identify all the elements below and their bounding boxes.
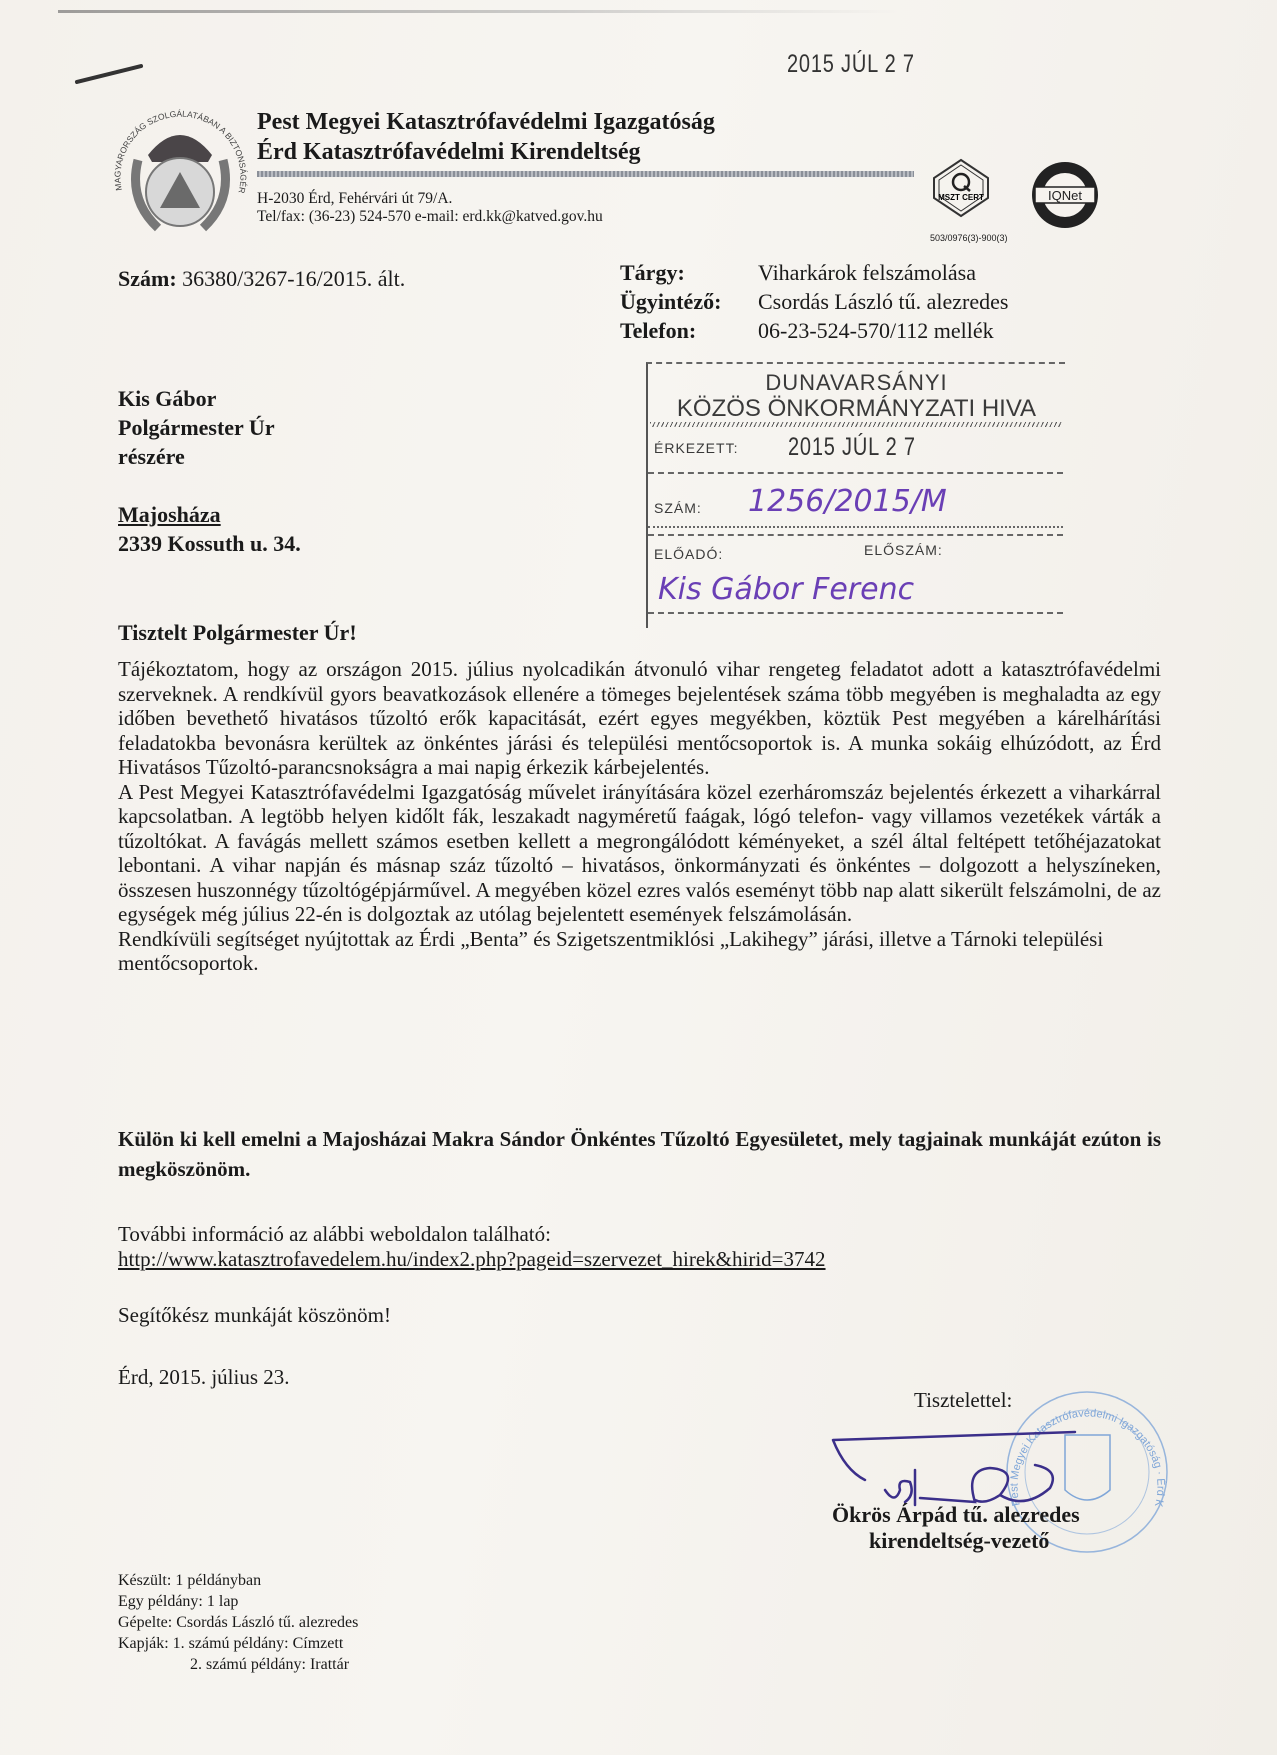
letter-meta: Tárgy: Viharkárok felszámolása Ügyintéző… bbox=[620, 258, 1008, 345]
more-info-text: További információ az alábbi weboldalon … bbox=[118, 1222, 826, 1247]
meta-phone: Telefon: 06-23-524-570/112 mellék bbox=[620, 316, 1008, 345]
number-label: SZÁM: bbox=[654, 500, 702, 516]
mszt-cert-badge-icon: MSZT CERT bbox=[930, 158, 992, 218]
stamp-divider bbox=[648, 612, 1063, 614]
registry-stamp-title2: KÖZÖS ÖNKORMÁNYZATI HIVA bbox=[648, 395, 1065, 423]
registry-stamp-hatch bbox=[650, 422, 1062, 427]
received-date-stamp: 2015 JÚL 2 7 bbox=[787, 50, 915, 79]
reference-label: Szám: bbox=[118, 266, 177, 291]
recipient-city: Majosháza bbox=[118, 500, 301, 529]
footer-copy: Egy példány: 1 lap bbox=[118, 1591, 358, 1612]
footer-receivers-1: Kapják: 1. számú példány: Címzett bbox=[118, 1633, 358, 1654]
recipient-block: Kis Gábor Polgármester Úr részére Majosh… bbox=[118, 384, 301, 558]
body-paragraph: A Pest Megyei Katasztrófavédelmi Igazgat… bbox=[118, 780, 1161, 927]
stamp-divider bbox=[648, 472, 1063, 474]
org-address: H-2030 Érd, Fehérvári út 79/A. bbox=[257, 190, 452, 208]
handwritten-number: 1256/2015/M bbox=[748, 484, 947, 519]
footer-typed: Gépelte: Csordás László tű. alezredes bbox=[118, 1612, 358, 1633]
recipient-name: Kis Gábor bbox=[118, 384, 301, 413]
staple-mark bbox=[75, 64, 144, 85]
meta-subject: Tárgy: Viharkárok felszámolása bbox=[620, 258, 1008, 287]
reference-number: Szám: 36380/3267-16/2015. ált. bbox=[118, 266, 405, 292]
svg-text:IQNet: IQNet bbox=[1048, 188, 1082, 203]
handwritten-presenter: Kis Gábor Ferenc bbox=[658, 572, 914, 607]
registry-stamp-title1: DUNAVARSÁNYI bbox=[648, 370, 1065, 396]
handwritten-signature-icon bbox=[825, 1410, 1085, 1510]
stamp-divider bbox=[648, 534, 1063, 536]
reference-value: 36380/3267-16/2015. ált. bbox=[182, 266, 405, 291]
more-info-link[interactable]: http://www.katasztrofavedelem.hu/index2.… bbox=[118, 1247, 826, 1271]
stamp-divider bbox=[648, 526, 1063, 528]
scanned-letter-page: 2015 JÚL 2 7 MAGYARORSZÁG SZOLGÁLATÁBAN … bbox=[0, 0, 1277, 1755]
org-name-line2: Érd Katasztrófavédelmi Kirendeltség bbox=[257, 139, 640, 166]
highlight-paragraph: Külön ki kell emelni a Majosházai Makra … bbox=[118, 1124, 1161, 1184]
footer-receivers-2: 2. számú példány: Irattár bbox=[118, 1654, 358, 1675]
thanks-line: Segítőkész munkáját köszönöm! bbox=[118, 1303, 391, 1328]
recipient-address: 2339 Kossuth u. 34. bbox=[118, 529, 301, 558]
letterhead-rule bbox=[257, 171, 914, 177]
iqnet-cert-badge-icon: IQNet bbox=[1030, 160, 1100, 230]
distribution-footer: Készült: 1 példányban Egy példány: 1 lap… bbox=[118, 1570, 358, 1675]
body-paragraph: Tájékoztatom, hogy az országon 2015. júl… bbox=[118, 657, 1161, 780]
cert-code: 503/0976(3)-900(3) bbox=[930, 233, 1008, 243]
body-paragraph: Rendkívüli segítséget nyújtottak az Érdi… bbox=[118, 927, 1161, 976]
org-contact: Tel/fax: (36-23) 524-570 e-mail: erd.kk@… bbox=[257, 208, 603, 226]
salutation: Tisztelt Polgármester Úr! bbox=[118, 620, 357, 646]
scan-edge-artifact bbox=[58, 10, 1258, 13]
signer-title: kirendeltség-vezető bbox=[869, 1528, 1049, 1554]
signer-name: Ökrös Árpád tű. alezredes bbox=[832, 1502, 1080, 1528]
more-info: További információ az alábbi weboldalon … bbox=[118, 1222, 826, 1272]
received-date: 2015 JÚL 2 7 bbox=[788, 433, 916, 462]
registry-stamp: DUNAVARSÁNYI KÖZÖS ÖNKORMÁNYZATI HIVA ÉR… bbox=[646, 362, 1065, 628]
prev-number-label: ELŐSZÁM: bbox=[864, 542, 943, 558]
meta-case-officer: Ügyintéző: Csordás László tű. alezredes bbox=[620, 287, 1008, 316]
presenter-label: ELŐADÓ: bbox=[654, 546, 723, 562]
letter-body: Tájékoztatom, hogy az országon 2015. júl… bbox=[118, 657, 1161, 976]
recipient-for: részére bbox=[118, 442, 301, 471]
svg-text:MSZT CERT: MSZT CERT bbox=[938, 193, 984, 202]
disaster-management-emblem-icon: MAGYARORSZÁG SZOLGÁLATÁBAN A BIZTONSÁGÉR… bbox=[108, 100, 253, 245]
recipient-title: Polgármester Úr bbox=[118, 413, 301, 442]
date-place: Érd, 2015. július 23. bbox=[118, 1365, 290, 1390]
received-label: ÉRKEZETT: bbox=[654, 440, 738, 456]
org-name-line1: Pest Megyei Katasztrófavédelmi Igazgatós… bbox=[257, 109, 715, 136]
footer-made: Készült: 1 példányban bbox=[118, 1570, 358, 1591]
